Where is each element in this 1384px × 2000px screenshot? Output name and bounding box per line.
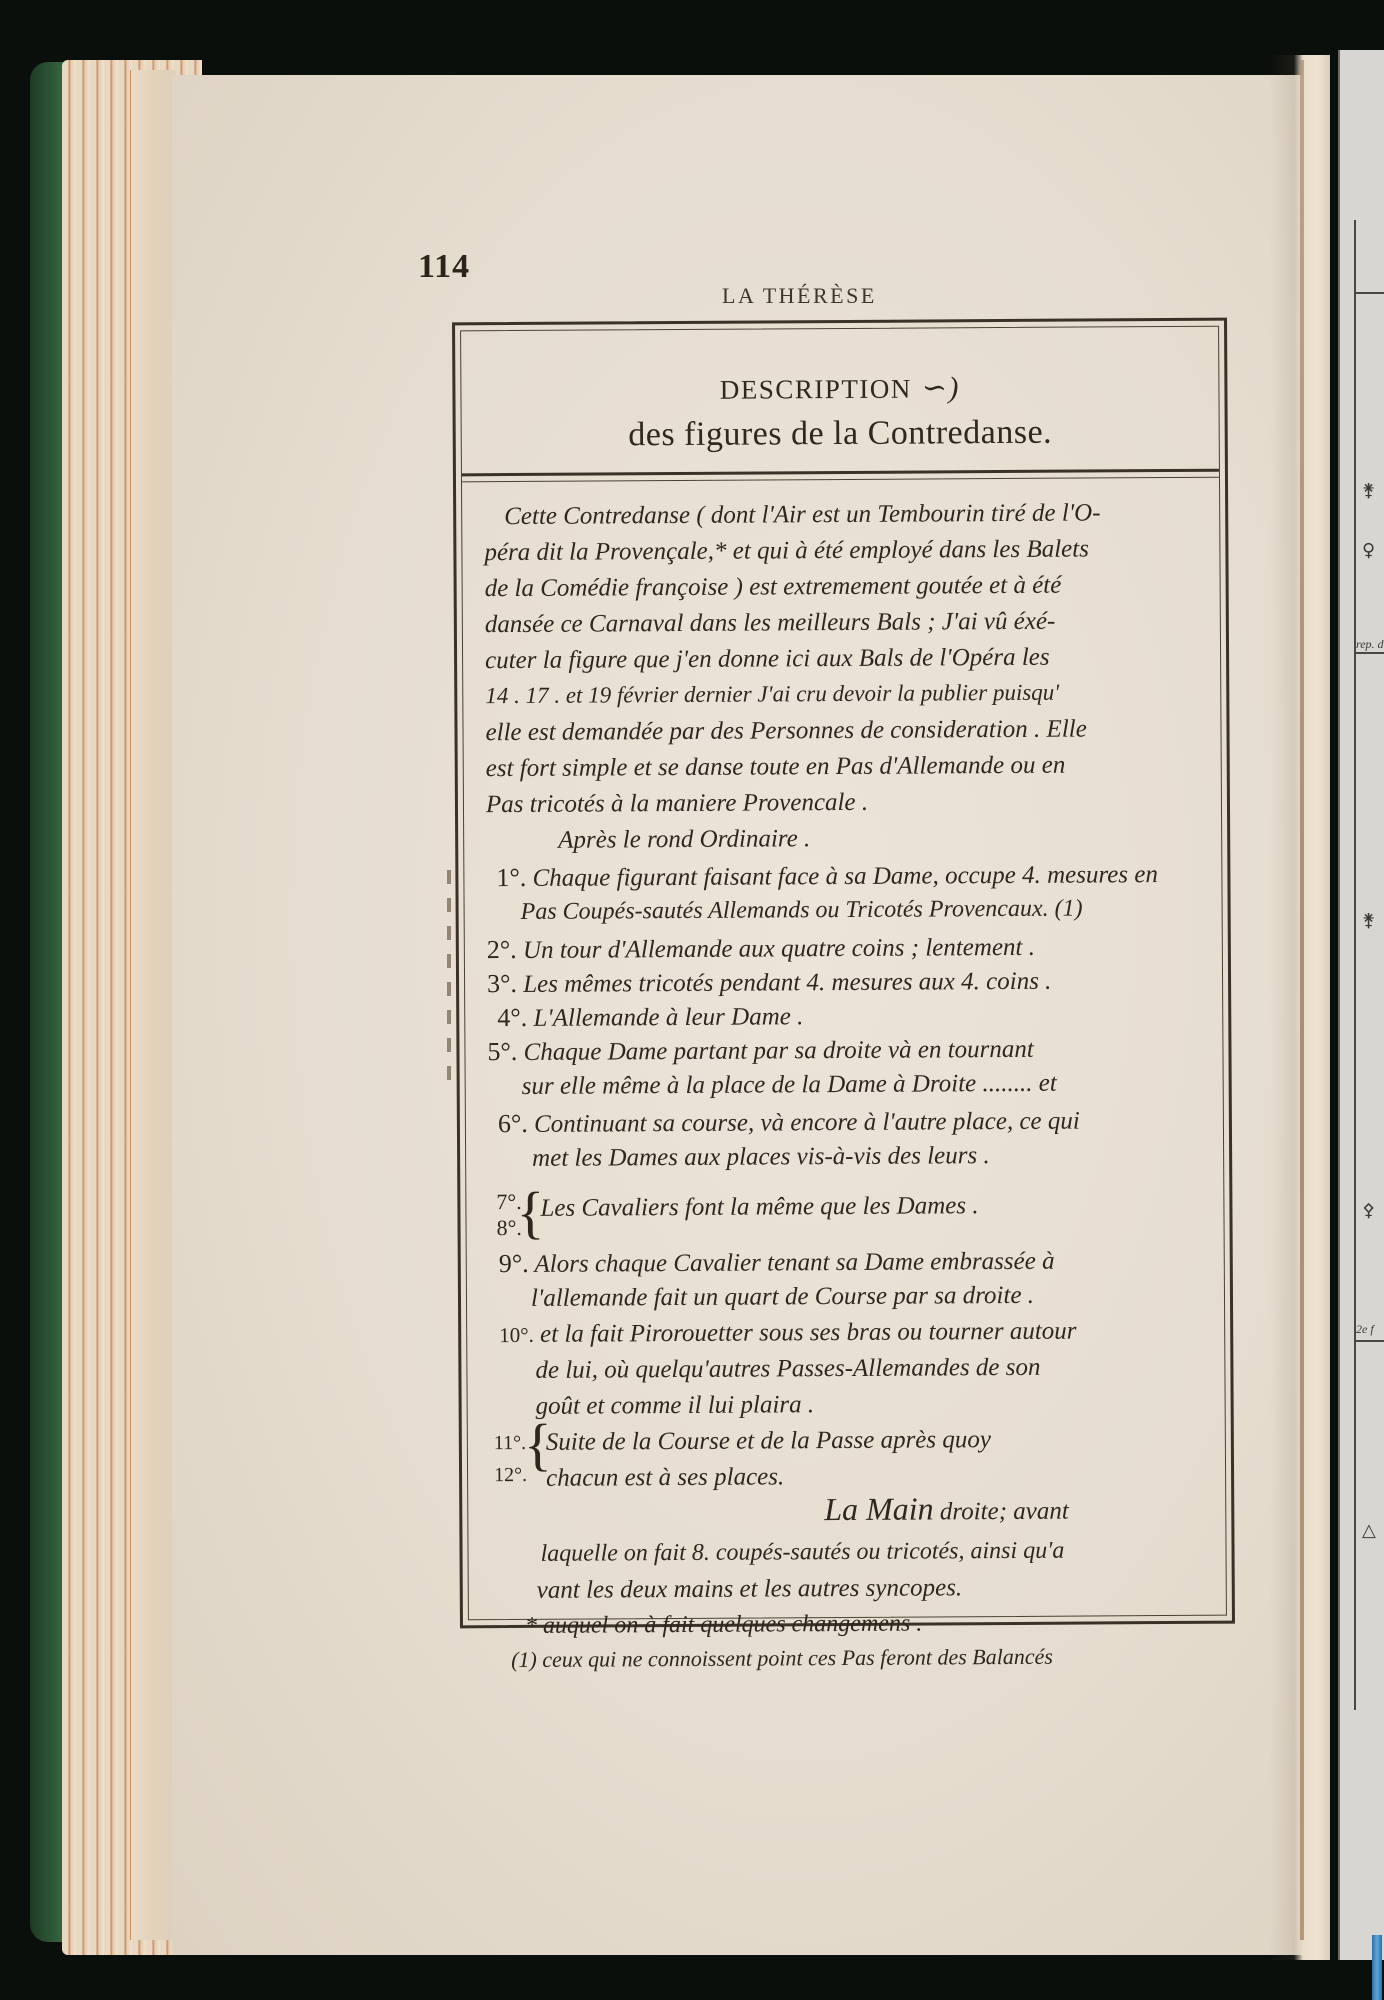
dance-notation-glyph-icon: ♀ — [1362, 540, 1375, 561]
figure-number: 3°. — [487, 969, 517, 998]
figure-text: de lui, où quelqu'autres Passes-Allemand… — [535, 1354, 1040, 1385]
figure-text: met les Dames aux places vis-à-vis des l… — [532, 1142, 990, 1173]
adjacent-plate-border — [1354, 220, 1384, 1710]
page-edges-inner — [130, 70, 176, 1940]
adjacent-rule — [1354, 1340, 1384, 1342]
intro-line: est fort simple et se danse toute en Pas… — [486, 752, 1066, 784]
intro-line: Pas tricotés à la maniere Provencale . — [486, 789, 868, 819]
figure-text: sur elle même à la place de la Dame à Dr… — [522, 1070, 1057, 1101]
figure-text: Les Cavaliers font la même que les Dames… — [540, 1192, 978, 1223]
figure-item: 2°. Un tour d'Allemande aux quatre coins… — [487, 932, 1035, 965]
figure-text: goût et comme il lui plaira . — [536, 1391, 815, 1421]
adjacent-page-fragment: ⚵ ♀ rep. d ⚵ ⚴ 2e f △ — [1338, 50, 1384, 1960]
closing-line: La Main droite; avant — [824, 1490, 1069, 1528]
subheading: Après le rond Ordinaire . — [558, 825, 810, 855]
intro-line: péra dit la Provençale,* et qui à été em… — [484, 535, 1089, 567]
figure-number: 2°. — [487, 935, 517, 964]
figure-text: Suite de la Course et de la Passe après … — [546, 1426, 991, 1457]
closing-text: droite; avant — [940, 1498, 1069, 1526]
title-double-rule — [462, 477, 1219, 483]
margin-ink-marks — [447, 870, 451, 1080]
engraved-plate: DESCRIPTION∽) des figures de la Contreda… — [452, 318, 1235, 1629]
figure-text: Alors chaque Cavalier tenant sa Dame emb… — [534, 1248, 1054, 1278]
plate-title-block: DESCRIPTION∽) des figures de la Contreda… — [461, 327, 1219, 477]
figure-number: 9°. — [499, 1249, 529, 1278]
intro-line: cuter la figure que j'en donne ici aux B… — [485, 644, 1050, 675]
figure-item: 6°. Continuant sa course, và encore à l'… — [498, 1106, 1080, 1140]
figure-number: 5°. — [487, 1037, 517, 1066]
plate-title: DESCRIPTION∽) — [461, 369, 1218, 409]
figure-number: 10°. — [499, 1323, 534, 1347]
figure-text: Chaque figurant faisant face à sa Dame, … — [532, 861, 1158, 892]
gutter-crease — [1300, 60, 1304, 1940]
figure-text: Un tour d'Allemande aux quatre coins ; l… — [523, 934, 1035, 964]
figure-text: chacun est à ses places. — [546, 1463, 784, 1492]
figure-text: et la fait Pirorouetter sous ses bras ou… — [540, 1318, 1077, 1348]
figure-item: 4°. L'Allemande à leur Dame . — [497, 1001, 803, 1033]
ribbon-bookmark — [1372, 1935, 1382, 2000]
figure-text: l'allemande fait un quart de Course par … — [531, 1282, 1034, 1313]
adjacent-label: 2e f — [1356, 1322, 1374, 1337]
figure-item: 1°. Chaque figurant faisant face à sa Da… — [496, 859, 1158, 893]
plate-body: Cette Contredanse ( dont l'Air est un Te… — [474, 485, 1207, 489]
page-number: 114 — [418, 248, 470, 286]
figure-item: 3°. Les mêmes tricotés pendant 4. mesure… — [487, 966, 1052, 999]
figure-item: 9°. Alors chaque Cavalier tenant sa Dame… — [499, 1246, 1055, 1279]
intro-line: 14 . 17 . et 19 février dernier J'ai cru… — [485, 680, 1059, 710]
adjacent-label: rep. d — [1356, 637, 1384, 652]
figure-text: Continuant sa course, và encore à l'autr… — [534, 1108, 1080, 1138]
figure-number: 1°. — [496, 863, 526, 892]
closing-line: laquelle on fait 8. coupés-sautés ou tri… — [540, 1538, 1064, 1568]
running-head: LA THÉRÈSE — [722, 283, 877, 309]
figure-item: 10°. et la fait Pirorouetter sous ses br… — [499, 1318, 1076, 1350]
figure-text: Les mêmes tricotés pendant 4. mesures au… — [523, 968, 1051, 998]
intro-line: Cette Contredanse ( dont l'Air est un Te… — [504, 499, 1100, 531]
adjacent-rule — [1354, 292, 1384, 294]
adjacent-rule — [1354, 652, 1384, 654]
dance-notation-glyph-icon: △ — [1362, 1520, 1376, 1541]
closing-emphasis: La Main — [824, 1490, 934, 1527]
figure-item: 5°. Chaque Dame partant par sa droite và… — [487, 1034, 1033, 1067]
dance-notation-glyph-icon: ⚴ — [1362, 1200, 1375, 1221]
plate-inner-border: DESCRIPTION∽) des figures de la Contreda… — [460, 326, 1227, 1621]
footnote: (1) ceux qui ne connoissent point ces Pa… — [511, 1644, 1053, 1673]
intro-line: elle est demandée par des Personnes de c… — [485, 716, 1086, 748]
flourish-ornament-icon: ∽) — [922, 371, 960, 404]
figure-number: 4°. — [497, 1003, 527, 1032]
figure-text: L'Allemande à leur Dame . — [533, 1003, 803, 1032]
figure-number: 6°. — [498, 1109, 528, 1138]
figure-text: Pas Coupés-sautés Allemands ou Tricotés … — [521, 896, 1083, 926]
intro-line: de la Comédie françoise ) est extrememen… — [485, 572, 1062, 604]
footnote: * auquel on à fait quelques changemens . — [525, 1611, 922, 1640]
closing-line: vant les deux mains et les autres syncop… — [537, 1574, 963, 1605]
plate-subtitle: des figures de la Contredanse. — [462, 413, 1219, 456]
dance-notation-glyph-icon: ⚵ — [1362, 480, 1375, 501]
figure-text: Chaque Dame partant par sa droite và en … — [524, 1036, 1034, 1066]
intro-line: dansée ce Carnaval dans les meilleurs Ba… — [485, 608, 1056, 639]
dance-notation-glyph-icon: ⚵ — [1362, 910, 1375, 931]
title-description: DESCRIPTION — [720, 374, 912, 405]
